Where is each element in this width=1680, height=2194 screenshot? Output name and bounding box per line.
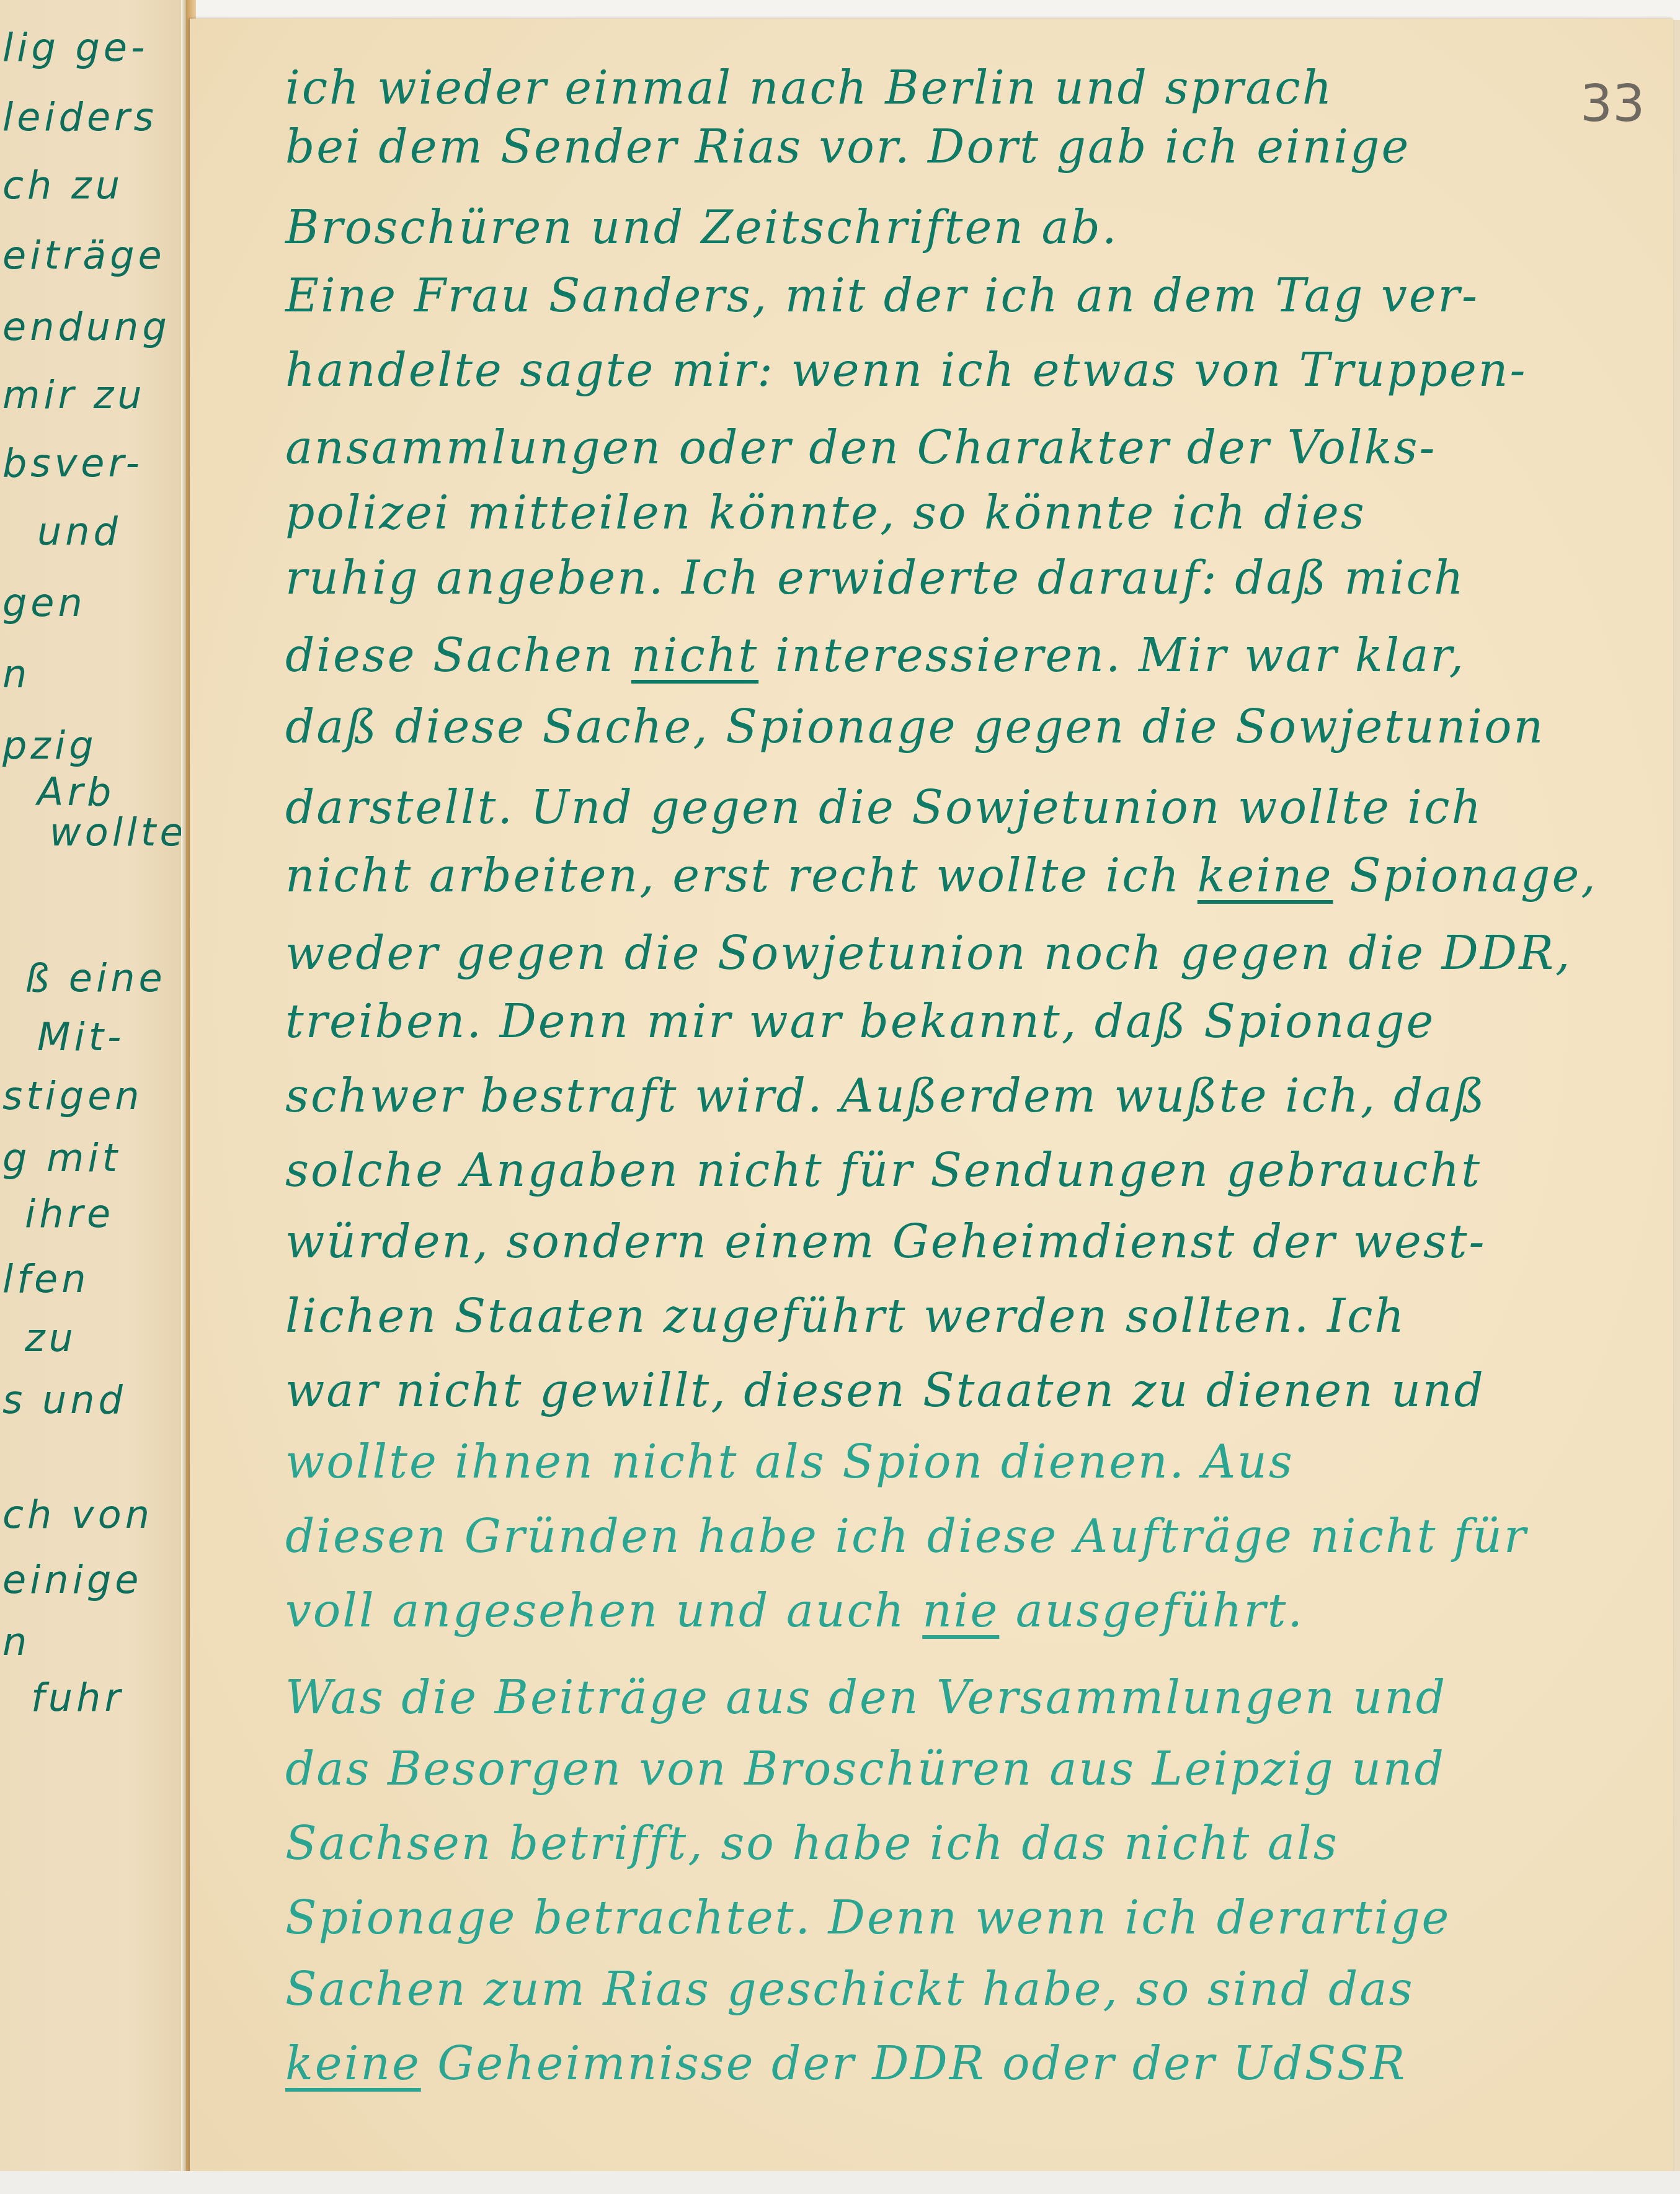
left-line: lfen — [2, 1256, 90, 1301]
underlined-word: keine — [1198, 849, 1333, 903]
text-line: voll angesehen und auch nie ausgeführt. — [285, 1588, 1304, 1634]
left-line: zu — [25, 1315, 77, 1360]
left-line: einige — [2, 1557, 142, 1602]
text-segment: Spionage, — [1333, 849, 1598, 903]
text-line: solche Angaben nicht für Sendungen gebra… — [285, 1148, 1482, 1193]
left-line: bsver- — [2, 440, 143, 486]
left-line: n — [2, 1619, 30, 1664]
left-line: g mit — [2, 1135, 121, 1180]
text-line: diesen Gründen habe ich diese Aufträge n… — [285, 1514, 1527, 1559]
left-line: Mit- — [37, 1014, 125, 1059]
text-line: keine Geheimnisse der DDR oder der UdSSR — [285, 2041, 1407, 2087]
left-facing-page: lig ge- leiders ch zu eiträge endung mir… — [0, 0, 181, 2177]
left-line: pzig — [2, 723, 97, 768]
underlined-word: keine — [285, 2037, 421, 2090]
left-line: gen — [2, 580, 86, 625]
text-line: lichen Staaten zugeführt werden sollten.… — [285, 1293, 1406, 1339]
text-line: Eine Frau Sanders, mit der ich an dem Ta… — [285, 273, 1479, 319]
text-line: Sachen zum Rias geschickt habe, so sind … — [285, 1966, 1414, 2012]
underlined-word: nicht — [631, 629, 758, 682]
text-segment: interessieren. Mir war klar, — [758, 629, 1465, 682]
text-line: polizei mitteilen könnte, so könnte ich … — [285, 490, 1366, 536]
text-segment: nicht arbeiten, erst recht wollte ich — [285, 849, 1198, 903]
left-line: ihre — [25, 1191, 114, 1236]
text-line: würden, sondern einem Geheimdienst der w… — [285, 1219, 1487, 1265]
text-line: daß diese Sache, Spionage gegen die Sowj… — [285, 704, 1545, 750]
page-number: 33 — [1580, 74, 1645, 133]
text-line: diese Sachen nicht interessieren. Mir wa… — [285, 633, 1465, 679]
left-line: mir zu — [2, 372, 146, 417]
text-line: Broschüren und Zeitschriften ab. — [285, 205, 1118, 251]
left-line: wollte — [50, 809, 181, 855]
left-line: s und — [2, 1377, 127, 1422]
text-line: wollte ihnen nicht als Spion dienen. Aus — [285, 1439, 1294, 1485]
left-line: fuhr — [31, 1675, 124, 1720]
text-line: ansammlungen oder den Charakter der Volk… — [285, 425, 1436, 471]
text-segment: diese Sachen — [285, 629, 631, 682]
text-line: handelte sagte mir: wenn ich etwas von T… — [285, 347, 1527, 393]
left-line: ch von — [2, 1492, 153, 1537]
text-line: Sachsen betrifft, so habe ich das nicht … — [285, 1821, 1339, 1866]
text-line: war nicht gewillt, diesen Staaten zu die… — [285, 1368, 1485, 1414]
left-line: n — [2, 651, 30, 697]
left-line: lig ge- — [2, 25, 148, 70]
left-line: stigen — [2, 1073, 143, 1118]
left-line: eiträge — [2, 233, 166, 278]
text-line: nicht arbeiten, erst recht wollte ich ke… — [285, 853, 1598, 899]
text-segment: ausgeführt. — [999, 1584, 1304, 1638]
text-line: Spionage betrachtet. Denn wenn ich derar… — [285, 1895, 1451, 1941]
text-line: Was die Beiträge aus den Versammlungen u… — [285, 1675, 1447, 1721]
left-line: Arb — [37, 769, 115, 814]
text-line: ruhig angeben. Ich erwiderte darauf: daß… — [285, 555, 1465, 601]
left-line: endung — [2, 304, 171, 349]
scan-bottom-edge — [0, 2171, 1680, 2194]
text-line: treiben. Denn mir war bekannt, daß Spion… — [285, 999, 1435, 1045]
page-gutter — [181, 0, 186, 2177]
text-line: ich wieder einmal nach Berlin und sprach — [285, 65, 1333, 111]
text-segment: voll angesehen und auch — [285, 1584, 922, 1638]
left-line: und — [37, 509, 122, 554]
underlined-word: nie — [922, 1584, 999, 1638]
text-line: bei dem Sender Rias vor. Dort gab ich ei… — [285, 124, 1410, 170]
text-line: das Besorgen von Broschüren aus Leipzig … — [285, 1746, 1446, 1792]
text-line: weder gegen die Sowjetunion noch gegen d… — [285, 930, 1571, 976]
left-line: leiders — [2, 94, 158, 140]
text-line: schwer bestraft wird. Außerdem wußte ich… — [285, 1073, 1487, 1119]
scan-background — [186, 0, 1680, 20]
left-line: ch zu — [2, 163, 123, 208]
left-line: ß eine — [25, 955, 166, 1001]
text-line: darstellt. Und gegen die Sowjetunion wol… — [285, 785, 1483, 831]
text-segment: Geheimnisse der DDR oder der UdSSR — [421, 2037, 1407, 2090]
